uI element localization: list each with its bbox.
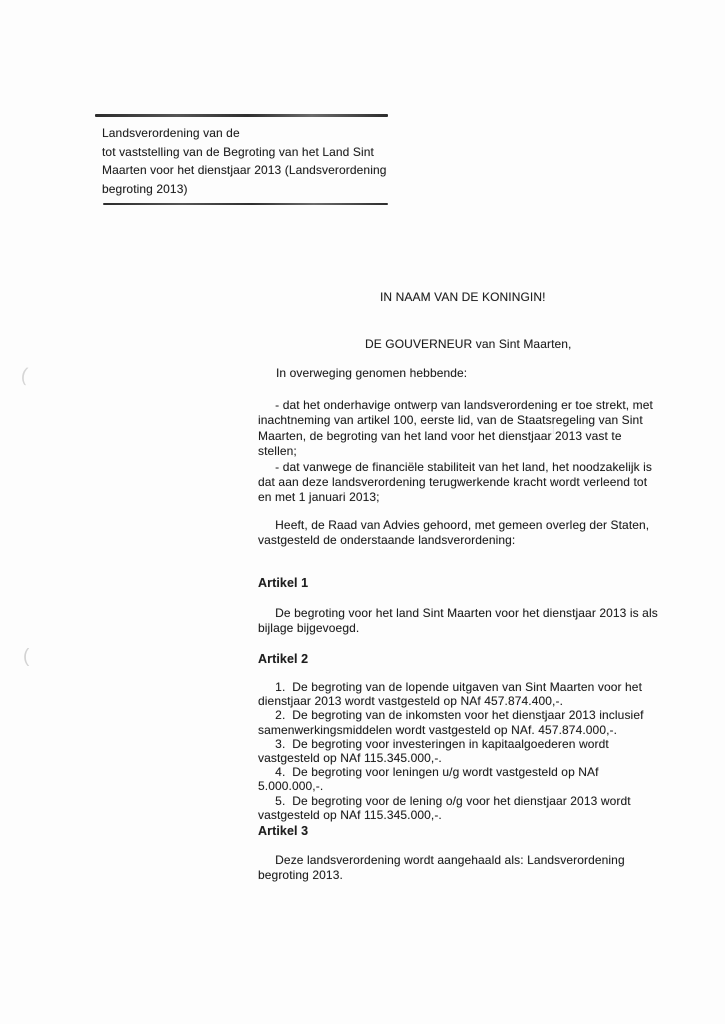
text-line: dienstjaar 2013 wordt vastgesteld op NAf… bbox=[258, 694, 644, 708]
text-line: Heeft, de Raad van Advies gehoord, met g… bbox=[258, 518, 649, 533]
text-line: begroting 2013) bbox=[102, 180, 387, 199]
text-line: 4. De begroting voor leningen u/g wordt … bbox=[258, 765, 644, 779]
text-line: vastgesteld op NAf 115.345.000,-. bbox=[258, 808, 644, 822]
horizontal-rule-top bbox=[95, 114, 388, 117]
text-line: De begroting voor het land Sint Maarten … bbox=[258, 606, 658, 621]
article-2-heading: Artikel 2 bbox=[258, 652, 308, 666]
article-3-body: Deze landsverordening wordt aangehaald a… bbox=[258, 853, 625, 883]
text-line: 2. De begroting van de inkomsten voor he… bbox=[258, 708, 644, 722]
text-line: samenwerkingsmiddelen wordt vastgesteld … bbox=[258, 723, 644, 737]
text-line: 3. De begroting voor investeringen in ka… bbox=[258, 737, 644, 751]
text-line: 1. De begroting van de lopende uitgaven … bbox=[258, 680, 644, 694]
text-line: bijlage bijgevoegd. bbox=[258, 621, 658, 636]
article-1-heading: Artikel 1 bbox=[258, 576, 308, 590]
text-line: tot vaststelling van de Begroting van he… bbox=[102, 143, 387, 162]
document-title-block: Landsverordening van detot vaststelling … bbox=[102, 124, 387, 198]
text-line: - dat het onderhavige ontwerp van landsv… bbox=[258, 398, 653, 413]
text-line: 5.000.000,-. bbox=[258, 779, 644, 793]
text-line: Deze landsverordening wordt aangehaald a… bbox=[258, 853, 625, 868]
scan-artifact-mark: ( bbox=[19, 365, 28, 388]
text-line: vastgesteld de onderstaande landsverorde… bbox=[258, 533, 649, 548]
text-line: begroting 2013. bbox=[258, 868, 625, 883]
text-line: en met 1 januari 2013; bbox=[258, 490, 653, 505]
text-line: stellen; bbox=[258, 444, 653, 459]
text-line: - dat vanwege de financiële stabiliteit … bbox=[258, 460, 653, 475]
text-line: dat aan deze landsverordening terugwerke… bbox=[258, 475, 653, 490]
text-line: inachtneming van artikel 100, eerste lid… bbox=[258, 413, 653, 428]
royal-proclamation-line: IN NAAM VAN DE KONINGIN! bbox=[380, 290, 546, 304]
document-page: Landsverordening van detot vaststelling … bbox=[0, 0, 725, 1024]
article-1-body: De begroting voor het land Sint Maarten … bbox=[258, 606, 658, 636]
governor-line: DE GOUVERNEUR van Sint Maarten, bbox=[365, 337, 572, 351]
enactment-paragraph: Heeft, de Raad van Advies gehoord, met g… bbox=[258, 518, 649, 548]
scan-artifact-smudge: | bbox=[552, 424, 555, 435]
text-line: vastgesteld op NAf 115.345.000,-. bbox=[258, 751, 644, 765]
text-line: 5. De begroting voor de lening o/g voor … bbox=[258, 794, 644, 808]
article-3-heading: Artikel 3 bbox=[258, 824, 308, 838]
considerations-paragraph: - dat het onderhavige ontwerp van landsv… bbox=[258, 398, 653, 506]
text-line: Maarten voor het dienstjaar 2013 (Landsv… bbox=[102, 161, 387, 180]
horizontal-rule-bottom bbox=[103, 203, 388, 205]
considering-intro: In overweging genomen hebbende: bbox=[276, 366, 467, 380]
scan-artifact-mark: ( bbox=[23, 646, 29, 668]
text-line: Landsverordening van de bbox=[102, 124, 387, 143]
text-line: Maarten, de begroting van het land voor … bbox=[258, 429, 653, 444]
article-2-body: 1. De begroting van de lopende uitgaven … bbox=[258, 680, 644, 822]
